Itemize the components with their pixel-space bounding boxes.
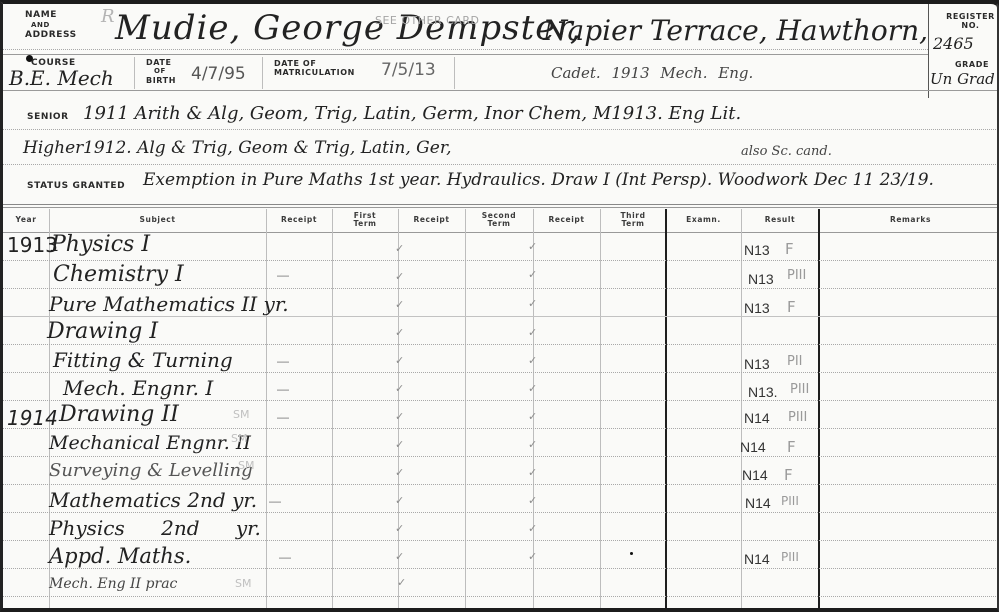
row-12-subject: Mech. Eng II prac <box>49 576 177 592</box>
ink-dot <box>630 552 633 555</box>
rule-table-top-2 <box>3 207 999 208</box>
row-0-subject: Physics I <box>51 232 150 257</box>
row-rule <box>3 596 999 597</box>
row-8-subject: Surveying & Levelling <box>49 460 253 481</box>
register-number: 2465 <box>933 34 974 53</box>
row-9-grade: PIII <box>781 494 799 508</box>
row-6-second-term-tick: ✓ <box>528 410 537 423</box>
rule-header-bottom <box>3 232 999 233</box>
col-header-examn: Examn. <box>666 209 741 231</box>
row-rule <box>3 540 999 541</box>
row-rule <box>3 288 999 289</box>
col-header-receipt-3: Receipt <box>533 209 600 231</box>
row-7-note: SM <box>231 432 247 445</box>
row-rule <box>3 400 999 401</box>
row-rule <box>3 512 999 513</box>
label-date: DATE <box>146 58 176 67</box>
matric-label: DATE OF MATRICULATION <box>274 59 355 77</box>
higher-exam-record: 1912. Alg & Trig, Geom & Trig, Latin, Ge… <box>83 138 451 158</box>
rule-under-course <box>3 90 999 91</box>
row-4-subject: Fitting & Turning <box>53 348 233 372</box>
col-header-remarks: Remarks <box>819 209 999 231</box>
row-8-second-term-tick: ✓ <box>528 466 537 479</box>
row-5-grade: PIII <box>790 382 809 397</box>
register-label: REGISTER NO. <box>943 12 998 30</box>
row-3-first-term-tick: ✓ <box>395 326 404 339</box>
row-9-receipt: — <box>269 494 281 508</box>
student-record-card: NAME AND ADDRESS R Mudie, George Dempste… <box>0 0 999 612</box>
row-0-second-term-tick: ✓ <box>528 240 537 253</box>
col-line-examn <box>741 209 742 609</box>
row-rule <box>3 344 999 345</box>
row-3-subject: Drawing I <box>47 319 158 344</box>
col-header-receipt-2: Receipt <box>398 209 465 231</box>
row-7-grade: F <box>787 438 796 456</box>
row-11-subject: Appd. Maths. <box>49 544 191 568</box>
row-6-subject: Drawing II <box>59 402 179 427</box>
label-matriculation: MATRICULATION <box>274 68 355 77</box>
label-no: NO. <box>943 21 998 30</box>
col-header-third-term: Third Term <box>600 209 666 231</box>
col-header-result: Result <box>741 209 819 231</box>
grade-value: Un Grad <box>930 70 995 88</box>
row-4-second-term-tick: ✓ <box>528 354 537 367</box>
row-1-first-term-tick: ✓ <box>395 270 404 283</box>
dob-label: DATE OF BIRTH <box>146 58 176 85</box>
label-of: OF <box>146 67 176 76</box>
row-5-first-term-tick: ✓ <box>395 382 404 395</box>
row-6-result: N14 <box>744 410 770 426</box>
divider-course-dob <box>134 57 135 89</box>
row-rule <box>3 428 999 429</box>
row-5-subject: Mech. Engnr. I <box>63 376 213 400</box>
row-6-first-term-tick: ✓ <box>395 410 404 423</box>
grade-label: GRADE <box>955 60 989 69</box>
row-7-first-term-tick: ✓ <box>395 438 404 451</box>
student-name: Mudie, George Dempster, <box>115 8 582 48</box>
row-10-second-term-tick: ✓ <box>528 522 537 535</box>
divider-grade <box>928 57 929 89</box>
row-4-grade: PII <box>787 354 803 369</box>
row-1-subject: Chemistry I <box>53 262 184 287</box>
col-header-first-term: First Term <box>332 209 398 231</box>
label-and: AND <box>25 20 77 30</box>
rule-higher <box>3 164 999 165</box>
row-11-first-term-tick: ✓ <box>395 550 404 563</box>
col-line-result <box>818 209 820 609</box>
senior-label: SENIOR <box>27 112 69 122</box>
row-1-receipt: — <box>277 268 289 282</box>
row-7-subject: Mechanical Engnr. II <box>49 432 251 454</box>
row-9-result: N14 <box>745 495 771 511</box>
col-header-subject: Subject <box>49 209 266 231</box>
matriculation-date: 7/5/13 <box>381 60 436 80</box>
matriculation-note: Cadet. 1913 Mech. Eng. <box>551 64 753 82</box>
higher-label: Higher <box>23 138 83 158</box>
row-10-first-term-tick: ✓ <box>395 522 404 535</box>
row-5-result: N13. <box>748 384 778 400</box>
dob-value: 4/7/95 <box>191 64 246 84</box>
label-birth: BIRTH <box>146 76 176 85</box>
row-2-grade: F <box>787 298 796 316</box>
row-rule <box>3 372 999 373</box>
see-other-card-stamp: SEE OTHER CARD <box>375 14 479 27</box>
col-header-second-term: Second Term <box>465 209 533 231</box>
col-header-year: Year <box>3 209 49 231</box>
label-date-of: DATE OF <box>274 59 355 68</box>
row-1-result: N13 <box>748 271 774 287</box>
row-rule <box>3 260 999 261</box>
label-name: NAME <box>25 10 77 20</box>
row-6-receipt: — <box>277 410 289 424</box>
row-1-grade: PIII <box>787 268 806 283</box>
rule-senior <box>3 129 999 130</box>
divider-matric-note <box>454 57 455 89</box>
col-line-receipt-3 <box>600 209 601 609</box>
row-0-grade: F <box>785 240 794 258</box>
row-3-second-term-tick: ✓ <box>528 326 537 339</box>
col-header-receipt-1: Receipt <box>266 209 332 231</box>
row-6-year: 1914 <box>7 406 58 430</box>
row-1-second-term-tick: ✓ <box>528 268 537 281</box>
row-11-grade: PIII <box>781 550 799 564</box>
row-rule <box>3 316 999 317</box>
row-12-note: SM <box>235 577 251 590</box>
row-4-first-term-tick: ✓ <box>395 354 404 367</box>
status-granted-value: Exemption in Pure Maths 1st year. Hydrau… <box>143 170 934 190</box>
row-8-grade: F <box>784 466 793 484</box>
row-2-second-term-tick: ✓ <box>528 297 537 310</box>
col-line-receipt-1 <box>332 209 333 609</box>
row-11-receipt: — <box>279 550 291 564</box>
row-0-result: N13 <box>744 242 770 258</box>
label-register: REGISTER <box>943 12 998 21</box>
rule-under-name <box>3 54 928 55</box>
row-5-receipt: — <box>277 382 289 396</box>
row-4-result: N13 <box>744 356 770 372</box>
row-5-second-term-tick: ✓ <box>528 382 537 395</box>
pencil-mark: R <box>101 6 115 27</box>
row-9-subject: Mathematics 2nd yr. <box>49 488 257 512</box>
course-value: B.E. Mech <box>9 66 114 90</box>
divider-dob-matric <box>262 57 263 89</box>
row-10-subject: Physics 2nd yr. <box>49 516 261 540</box>
row-8-first-term-tick: ✓ <box>395 466 404 479</box>
row-9-first-term-tick: ✓ <box>395 494 404 507</box>
row-11-result: N14 <box>744 551 770 567</box>
label-address: ADDRESS <box>25 30 77 40</box>
row-rule <box>3 568 999 569</box>
row-0-first-term-tick: ✓ <box>395 242 404 255</box>
rule-dotted-name <box>3 49 928 50</box>
higher-exam-note: also Sc. cand. <box>741 144 832 159</box>
row-rule <box>3 484 999 485</box>
row-9-second-term-tick: ✓ <box>528 494 537 507</box>
row-2-result: N13 <box>744 300 770 316</box>
row-rule <box>3 456 999 457</box>
status-granted-label: STATUS GRANTED <box>27 181 125 191</box>
student-address: Napier Terrace, Hawthorn, <box>543 14 928 47</box>
row-6-grade: PIII <box>788 410 807 425</box>
row-8-note: SM <box>238 459 254 472</box>
row-2-subject: Pure Mathematics II yr. <box>49 292 289 316</box>
col-line-receipt-2 <box>465 209 466 609</box>
row-7-second-term-tick: ✓ <box>528 438 537 451</box>
row-12-first-term-tick: ✓ <box>397 576 406 589</box>
row-2-first-term-tick: ✓ <box>395 298 404 311</box>
col-line-first-term <box>398 209 399 609</box>
rule-table-top-1 <box>3 204 999 205</box>
name-address-label: NAME AND ADDRESS <box>25 10 77 40</box>
row-6-note: SM <box>233 408 249 421</box>
col-line-third-term <box>665 209 667 609</box>
senior-exam-record: 1911 Arith & Alg, Geom, Trig, Latin, Ger… <box>83 103 741 124</box>
col-line-subject <box>266 209 267 609</box>
row-8-result: N14 <box>742 467 768 483</box>
row-11-second-term-tick: ✓ <box>528 550 537 563</box>
row-4-receipt: — <box>277 354 289 368</box>
row-7-result: N14 <box>740 439 766 455</box>
